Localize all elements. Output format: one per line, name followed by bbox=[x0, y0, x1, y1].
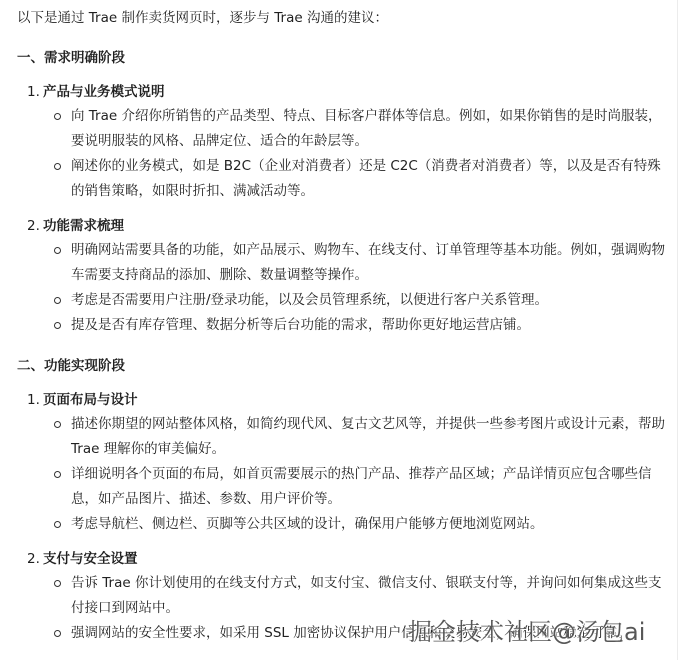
item-number: 1. bbox=[27, 388, 43, 412]
bullet-list: 描述你期望的网站整体风格，如简约现代风、复古文艺风等，并提供一些参考图片或设计元… bbox=[27, 412, 667, 537]
bullet-circle-icon bbox=[54, 421, 61, 428]
bullet-circle-icon bbox=[54, 630, 61, 637]
list-item: 1. 产品与业务模式说明 向 Trae 介绍你所销售的产品类型、特点、目标客户群… bbox=[27, 80, 667, 204]
document-page: 以下是通过 Trae 制作卖货网页时，逐步与 Trae 沟通的建议： 一、需求明… bbox=[0, 0, 678, 660]
item-title: 产品与业务模式说明 bbox=[43, 80, 165, 104]
document-content: 以下是通过 Trae 制作卖货网页时，逐步与 Trae 沟通的建议： 一、需求明… bbox=[17, 6, 667, 656]
bullet-item: 明确网站需要具备的功能，如产品展示、购物车、在线支付、订单管理等基本功能。例如，… bbox=[54, 238, 667, 288]
bullet-circle-icon bbox=[54, 113, 61, 120]
intro-text: 以下是通过 Trae 制作卖货网页时，逐步与 Trae 沟通的建议： bbox=[17, 6, 667, 30]
bullet-circle-icon bbox=[54, 163, 61, 170]
bullet-item: 提及是否有库存管理、数据分析等后台功能的需求，帮助你更好地运营店铺。 bbox=[54, 313, 667, 338]
section-title: 二、功能实现阶段 bbox=[17, 354, 667, 378]
bullet-item: 考虑导航栏、侧边栏、页脚等公共区域的设计，确保用户能够方便地浏览网站。 bbox=[54, 512, 667, 537]
bullet-list: 明确网站需要具备的功能，如产品展示、购物车、在线支付、订单管理等基本功能。例如，… bbox=[27, 238, 667, 338]
bullet-item: 向 Trae 介绍你所销售的产品类型、特点、目标客户群体等信息。例如，如果你销售… bbox=[54, 104, 667, 154]
bullet-circle-icon bbox=[54, 580, 61, 587]
bullet-item: 考虑是否需要用户注册/登录功能，以及会员管理系统，以便进行客户关系管理。 bbox=[54, 288, 667, 313]
numbered-list: 1. 页面布局与设计 描述你期望的网站整体风格，如简约现代风、复古文艺风等，并提… bbox=[17, 388, 667, 646]
bullet-circle-icon bbox=[54, 471, 61, 478]
section-implementation: 二、功能实现阶段 1. 页面布局与设计 描述你期望的网站整体风格，如简约现代风、… bbox=[17, 354, 667, 646]
bullet-item: 描述你期望的网站整体风格，如简约现代风、复古文艺风等，并提供一些参考图片或设计元… bbox=[54, 412, 667, 462]
bullet-item: 阐述你的业务模式，如是 B2C（企业对消费者）还是 C2C（消费者对消费者）等，… bbox=[54, 154, 667, 204]
item-title: 支付与安全设置 bbox=[43, 547, 138, 571]
item-number: 1. bbox=[27, 80, 43, 104]
section-requirements: 一、需求明确阶段 1. 产品与业务模式说明 向 Trae 介绍你所销售的产品类型… bbox=[17, 46, 667, 338]
bullet-circle-icon bbox=[54, 322, 61, 329]
bullet-list: 向 Trae 介绍你所销售的产品类型、特点、目标客户群体等信息。例如，如果你销售… bbox=[27, 104, 667, 204]
item-title: 页面布局与设计 bbox=[43, 388, 138, 412]
bullet-circle-icon bbox=[54, 521, 61, 528]
list-item: 2. 功能需求梳理 明确网站需要具备的功能，如产品展示、购物车、在线支付、订单管… bbox=[27, 214, 667, 338]
numbered-list: 1. 产品与业务模式说明 向 Trae 介绍你所销售的产品类型、特点、目标客户群… bbox=[17, 80, 667, 338]
item-number: 2. bbox=[27, 547, 43, 571]
list-item: 1. 页面布局与设计 描述你期望的网站整体风格，如简约现代风、复古文艺风等，并提… bbox=[27, 388, 667, 537]
item-title: 功能需求梳理 bbox=[43, 214, 124, 238]
bullet-circle-icon bbox=[54, 247, 61, 254]
item-number: 2. bbox=[27, 214, 43, 238]
watermark: 掘金技术社区@汤包ai bbox=[408, 612, 645, 647]
section-title: 一、需求明确阶段 bbox=[17, 46, 667, 70]
bullet-item: 详细说明各个页面的布局，如首页需要展示的热门产品、推荐产品区域；产品详情页应包含… bbox=[54, 462, 667, 512]
bullet-circle-icon bbox=[54, 297, 61, 304]
